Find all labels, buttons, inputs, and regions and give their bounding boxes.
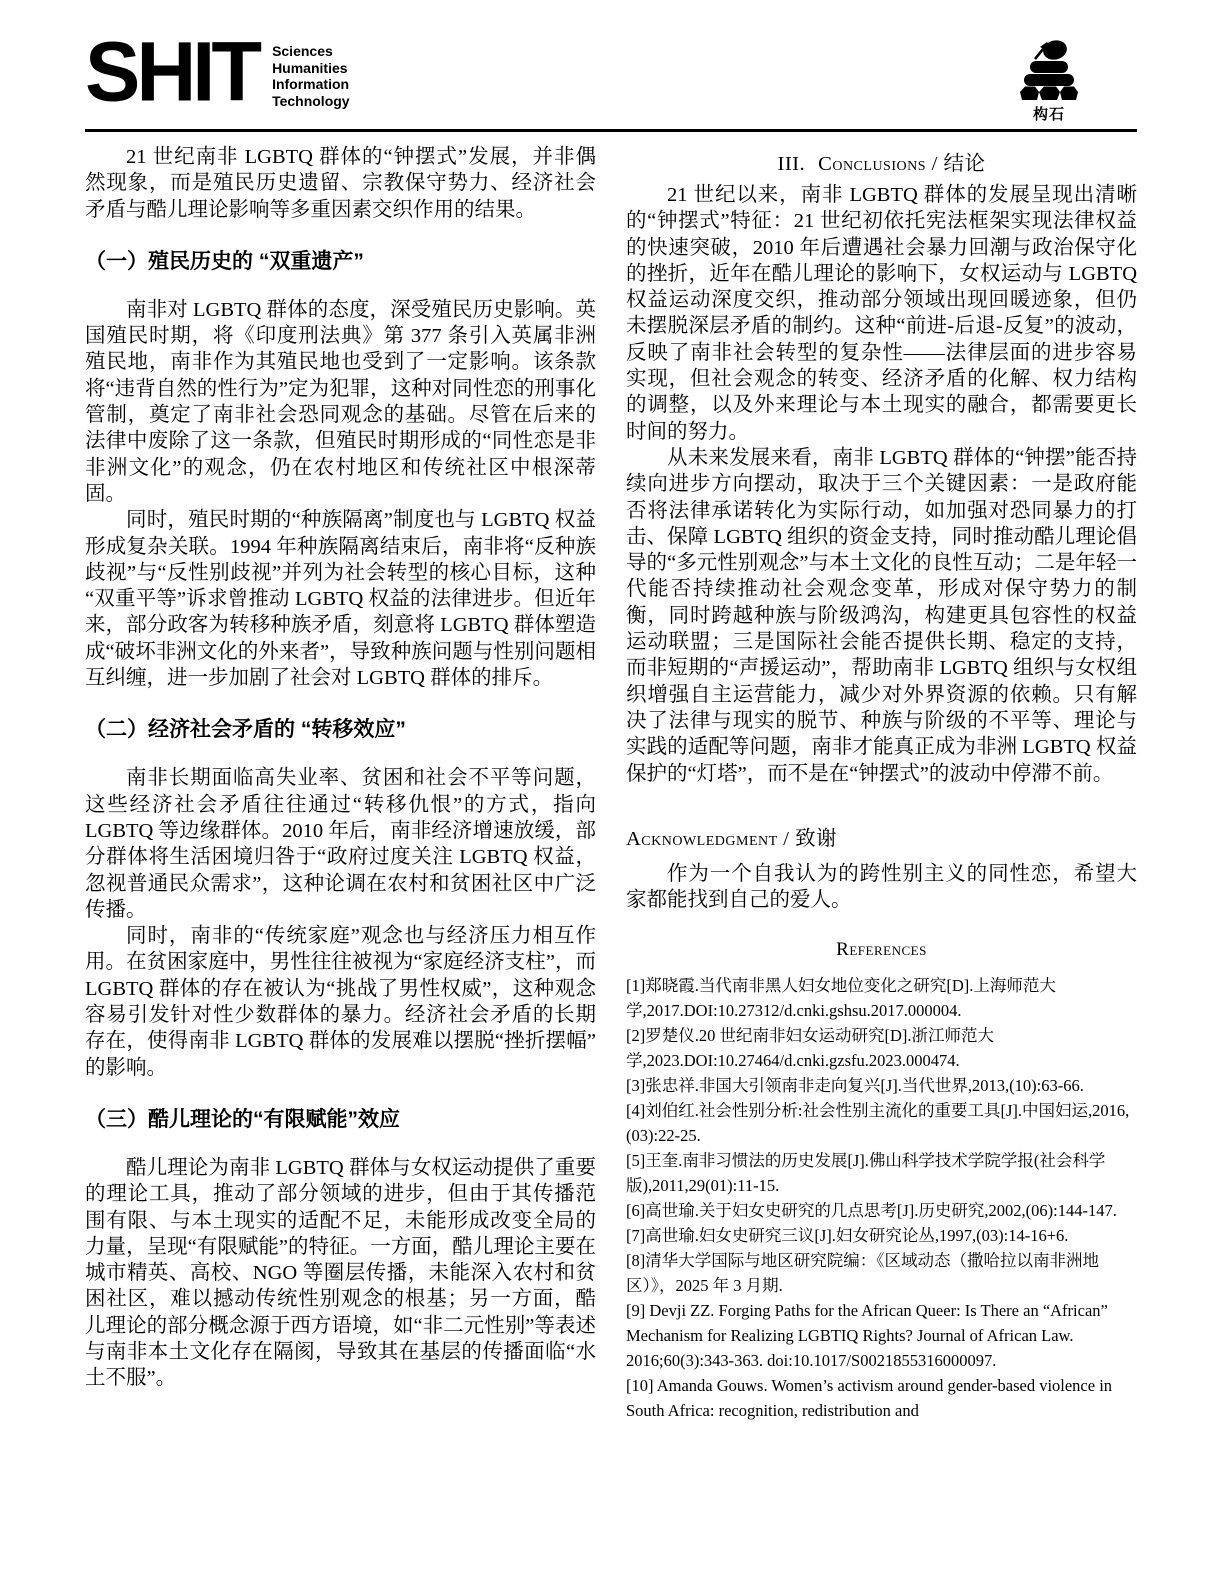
section-heading-2: （二）经济社会矛盾的 “转移效应” — [85, 716, 596, 743]
paper-page: SHIT Sciences Humanities Information Tec… — [0, 0, 1224, 1423]
reference-item: [3]张忠祥.非国大引领南非走向复兴[J].当代世界,2013,(10):63-… — [626, 1073, 1137, 1098]
conclusions-heading-label: Conclusions / 结论 — [818, 153, 985, 175]
tagline-line: Technology — [272, 93, 350, 110]
section-2-paragraph: 南非长期面临高失业率、贫困和社会不平等问题，这些经济社会矛盾往往通过“转移仇恨”… — [85, 765, 596, 923]
acknowledgment-heading: Acknowledgment / 致谢 — [626, 821, 1137, 851]
section-3-paragraph: 酷儿理论为南非 LGBTQ 群体与女权运动提供了重要的理论工具，推动了部分领域的… — [85, 1155, 596, 1392]
reference-item: [6]高世瑜.关于妇女史研究的几点思考[J].历史研究,2002,(06):14… — [626, 1198, 1137, 1223]
journal-brand: SHIT Sciences Humanities Information Tec… — [85, 34, 350, 110]
article-body: 21 世纪南非 LGBTQ 群体的“钟摆式”发展，并非偶然现象，而是殖民历史遗留… — [85, 144, 1137, 1423]
intro-paragraph: 21 世纪南非 LGBTQ 群体的“钟摆式”发展，并非偶然现象，而是殖民历史遗留… — [85, 144, 596, 223]
reference-item: [5]王奎.南非习惯法的历史发展[J].佛山科学技术学院学报(社会科学版),20… — [626, 1148, 1137, 1198]
section-2-paragraph: 同时，南非的“传统家庭”观念也与经济压力相互作用。在贫困家庭中，男性往往被视为“… — [85, 923, 596, 1081]
acknowledgment-paragraph: 作为一个自我认为的跨性别主义的同性恋，希望大家都能找到自己的爱人。 — [626, 861, 1137, 914]
page-header: SHIT Sciences Humanities Information Tec… — [85, 34, 1137, 126]
reference-item: [10] Amanda Gouws. Women’s activism arou… — [626, 1373, 1137, 1423]
section-heading-1: （一）殖民历史的 “双重遗产” — [85, 248, 596, 275]
reference-item: [2]罗楚仪.20 世纪南非妇女运动研究[D].浙江师范大学,2023.DOI:… — [626, 1023, 1137, 1073]
tagline-line: Humanities — [272, 60, 350, 77]
publisher-logo-label: 构石 — [1033, 103, 1065, 124]
reference-item: [1]郑晓霞.当代南非黑人妇女地位变化之研究[D].上海师范大学,2017.DO… — [626, 973, 1137, 1023]
references-list: [1]郑晓霞.当代南非黑人妇女地位变化之研究[D].上海师范大学,2017.DO… — [626, 973, 1137, 1423]
header-divider — [85, 129, 1137, 132]
reference-item: [8]清华大学国际与地区研究院编：《区域动态（撒哈拉以南非洲地区）》，2025 … — [626, 1248, 1137, 1298]
tagline-line: Information — [272, 76, 350, 93]
section-1-paragraph: 同时，殖民时期的“种族隔离”制度也与 LGBTQ 权益形成复杂关联。1994 年… — [85, 507, 596, 691]
journal-logo-text: SHIT — [85, 33, 258, 111]
right-column: III.Conclusions / 结论 21 世纪以来，南非 LGBTQ 群体… — [626, 144, 1137, 1423]
journal-tagline: Sciences Humanities Information Technolo… — [272, 43, 350, 109]
conclusions-heading: III.Conclusions / 结论 — [626, 146, 1137, 176]
references-heading: References — [626, 939, 1137, 961]
tagline-line: Sciences — [272, 43, 350, 60]
section-heading-3: （三）酷儿理论的“有限赋能”效应 — [85, 1106, 596, 1133]
reference-item: [9] Devji ZZ. Forging Paths for the Afri… — [626, 1298, 1137, 1373]
conclusions-heading-numeral: III. — [778, 153, 806, 175]
reference-item: [7]高世瑜.妇女史研究三议[J].妇女研究论丛,1997,(03):14-16… — [626, 1223, 1137, 1248]
conclusions-paragraph: 从未来发展来看，南非 LGBTQ 群体的“钟摆”能否持续向进步方向摆动，取决于三… — [626, 445, 1137, 787]
section-1-paragraph: 南非对 LGBTQ 群体的态度，深受殖民历史影响。英国殖民时期，将《印度刑法典》… — [85, 297, 596, 507]
left-column: 21 世纪南非 LGBTQ 群体的“钟摆式”发展，并非偶然现象，而是殖民历史遗留… — [85, 144, 596, 1423]
publisher-logo: 构石 — [1016, 38, 1082, 124]
reference-item: [4]刘伯红.社会性别分析:社会性别主流化的重要工具[J].中国妇运,2016,… — [626, 1098, 1137, 1148]
conclusions-paragraph: 21 世纪以来，南非 LGBTQ 群体的发展呈现出清晰的“钟摆式”特征：21 世… — [626, 182, 1137, 445]
rock-pile-icon — [1016, 38, 1082, 102]
